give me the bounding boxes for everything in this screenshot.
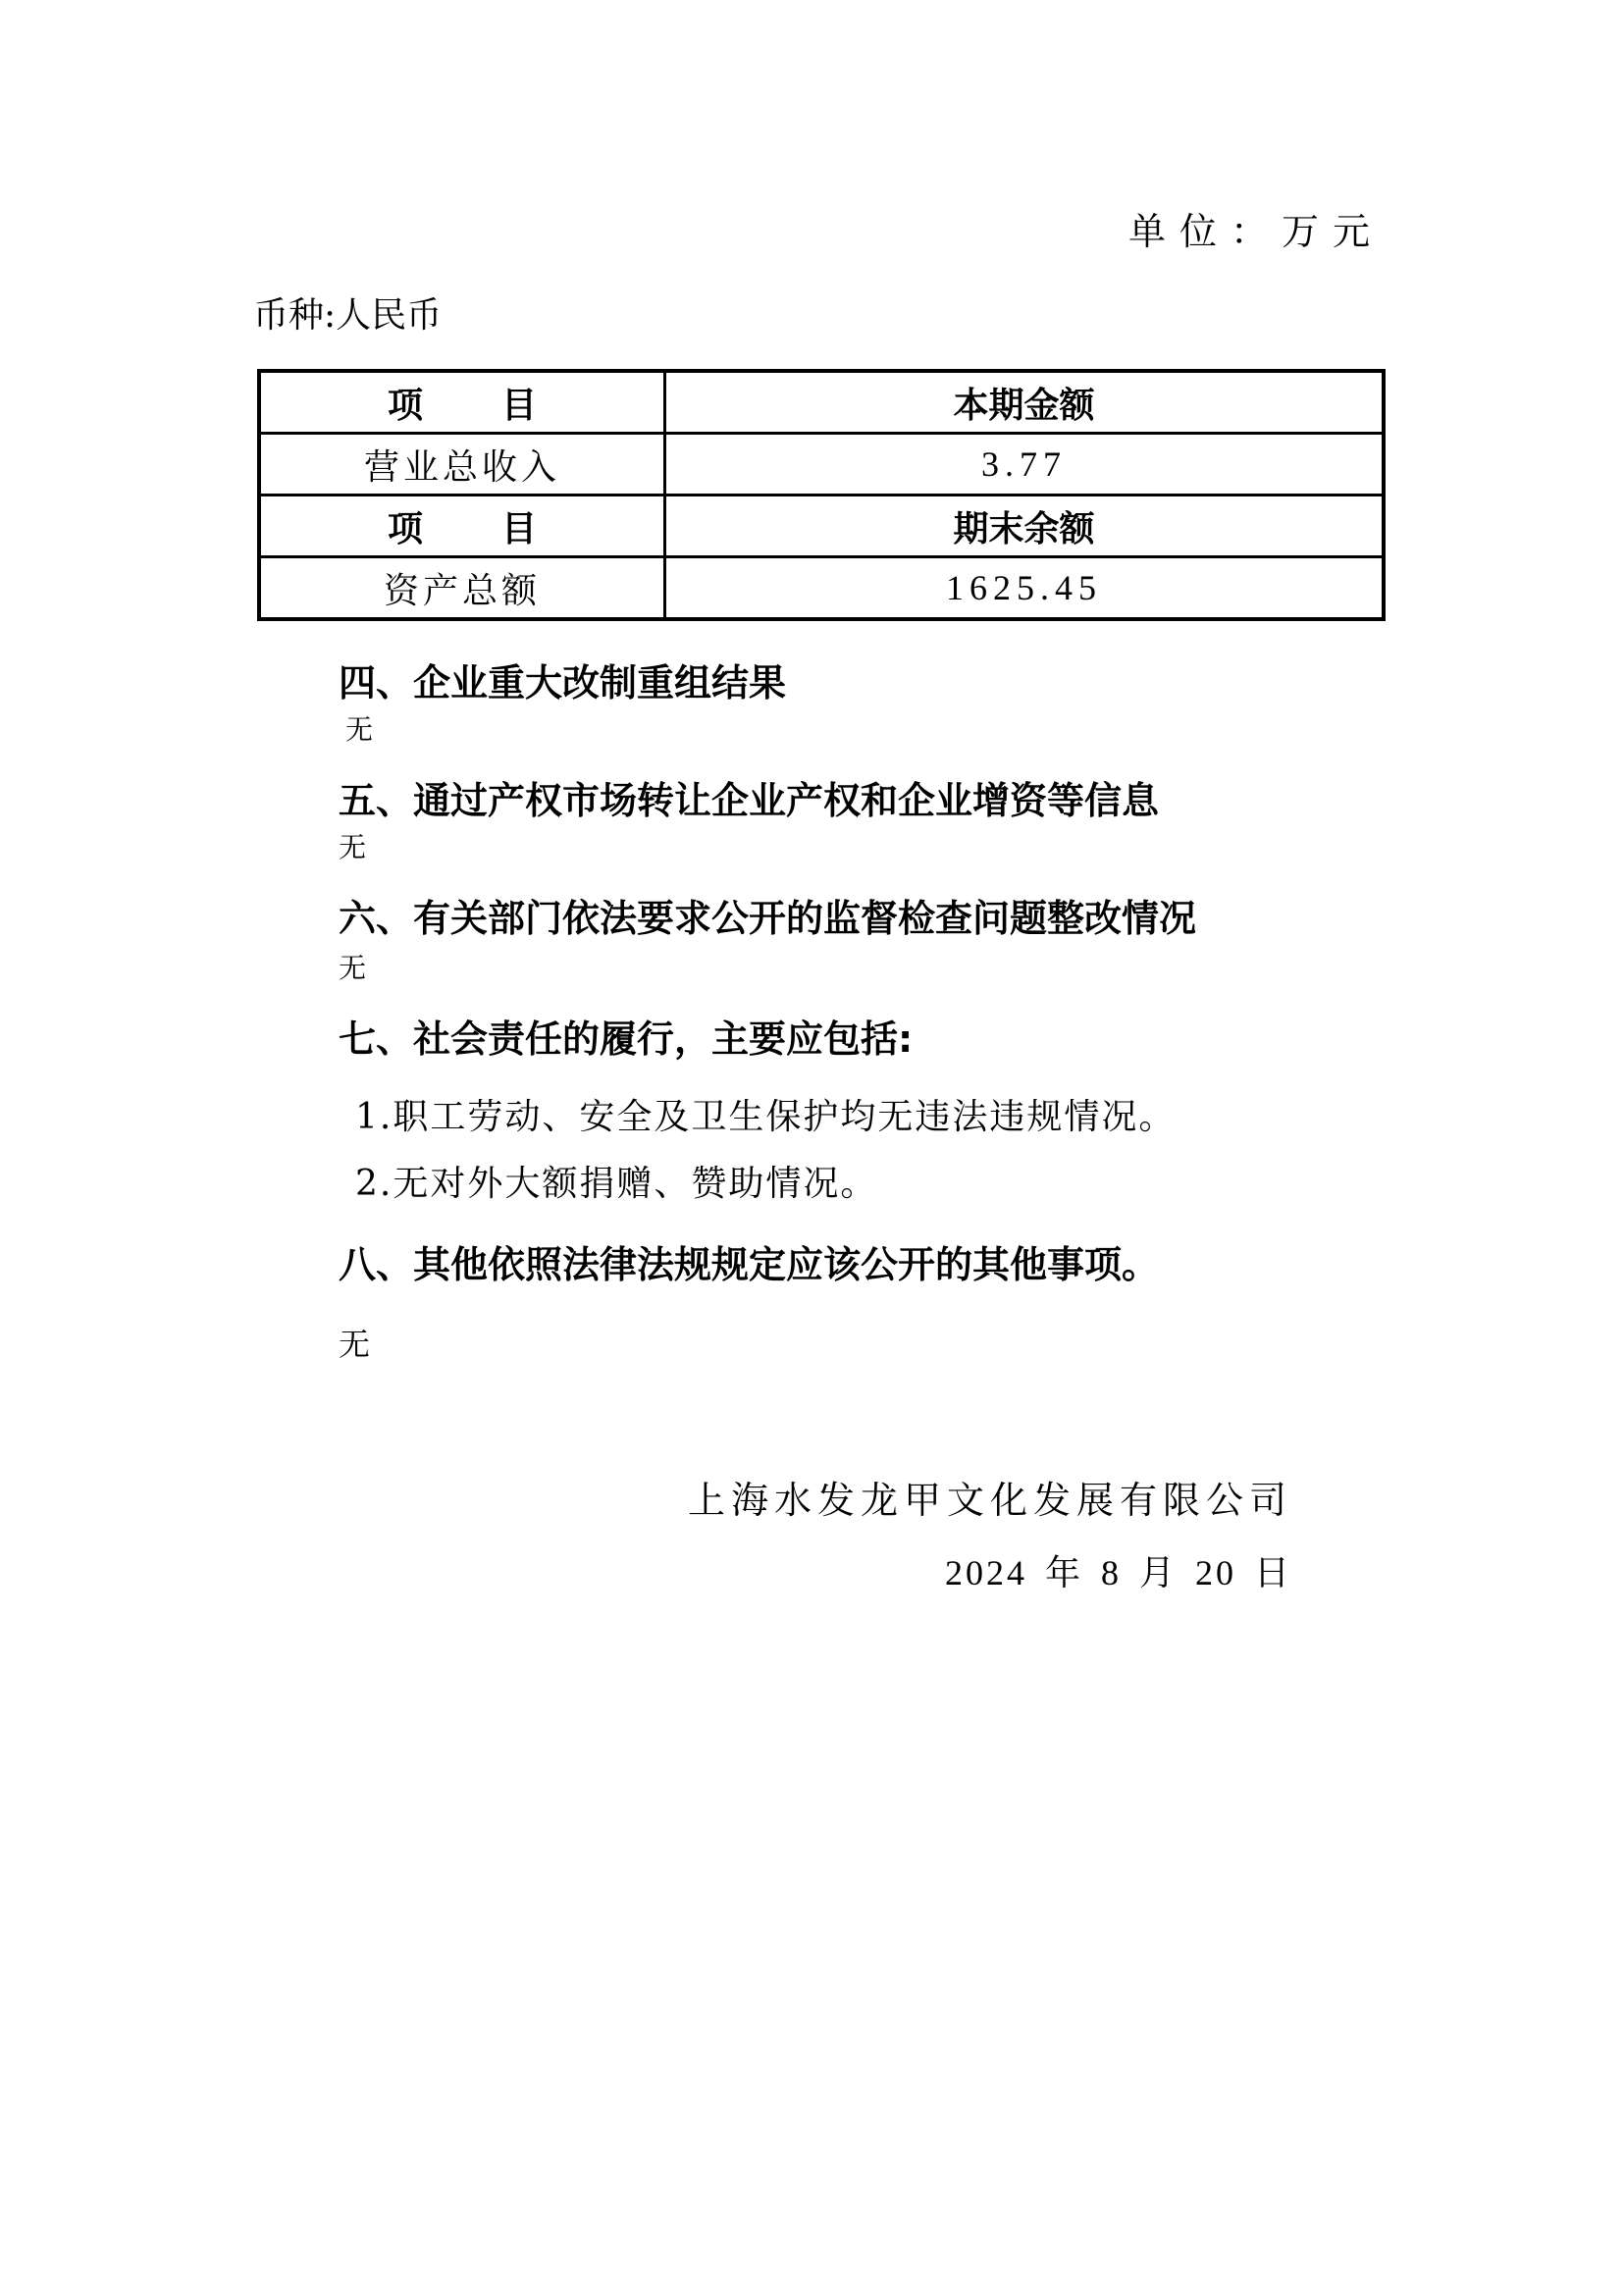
table-header-row: 项目 本期金额 (259, 371, 1384, 434)
unit-label: 单位：万元 (1128, 201, 1384, 255)
date-day: 20 (1195, 1553, 1236, 1592)
date-year-suffix: 年 (1045, 1553, 1083, 1592)
header-item-char-1: 项 (388, 386, 423, 426)
company-name: 上海水发龙甲文化发展有限公司 (688, 1470, 1292, 1524)
date-month-suffix: 月 (1139, 1553, 1178, 1592)
financial-summary-table: 项目 本期金额 营业总收入 3.77 项目 期末余额 资产总额 1625.45 (257, 369, 1386, 621)
table-header-item: 项目 (259, 371, 665, 434)
section-body-4: 无 (345, 708, 373, 748)
row-value-total-revenue: 3.77 (665, 434, 1385, 496)
list-item: 1.职工劳动、安全及卫生保护均无违法违规情况。 (355, 1089, 1176, 1139)
header-item-char-2: 目 (501, 386, 537, 426)
table-header-ending-balance: 期末余额 (665, 496, 1385, 557)
section-heading-5: 五、通过产权市场转让企业产权和企业增资等信息 (339, 770, 1159, 824)
date-month: 8 (1101, 1553, 1122, 1592)
section-heading-8: 八、其他依照法律法规规定应该公开的其他事项。 (339, 1234, 1159, 1288)
section-heading-7: 七、社会责任的履行，主要应包括: (339, 1009, 913, 1063)
section-body-6: 无 (339, 947, 366, 986)
signature-date: 2024年8月20日 (945, 1545, 1292, 1595)
section-body-5: 无 (339, 826, 366, 865)
table-row: 营业总收入 3.77 (259, 434, 1384, 496)
section-heading-6: 六、有关部门依法要求公开的监督检查问题整改情况 (339, 888, 1196, 942)
date-day-suffix: 日 (1254, 1553, 1292, 1592)
table-header-row: 项目 期末余额 (259, 496, 1384, 557)
list-item: 2.无对外大额捐赠、赞助情况。 (355, 1156, 877, 1206)
header-item-char-2: 目 (501, 509, 537, 549)
row-label-total-revenue: 营业总收入 (259, 434, 665, 496)
table-header-item: 项目 (259, 496, 665, 557)
date-year: 2024 (945, 1553, 1027, 1592)
currency-label: 币种:人民币 (253, 287, 442, 338)
header-item-char-1: 项 (388, 509, 423, 549)
table-header-current-amount: 本期金额 (665, 371, 1385, 434)
row-value-total-assets: 1625.45 (665, 557, 1385, 620)
section-heading-4: 四、企业重大改制重组结果 (339, 652, 786, 706)
table-row: 资产总额 1625.45 (259, 557, 1384, 620)
section-body-8: 无 (339, 1320, 370, 1365)
row-label-total-assets: 资产总额 (259, 557, 665, 620)
